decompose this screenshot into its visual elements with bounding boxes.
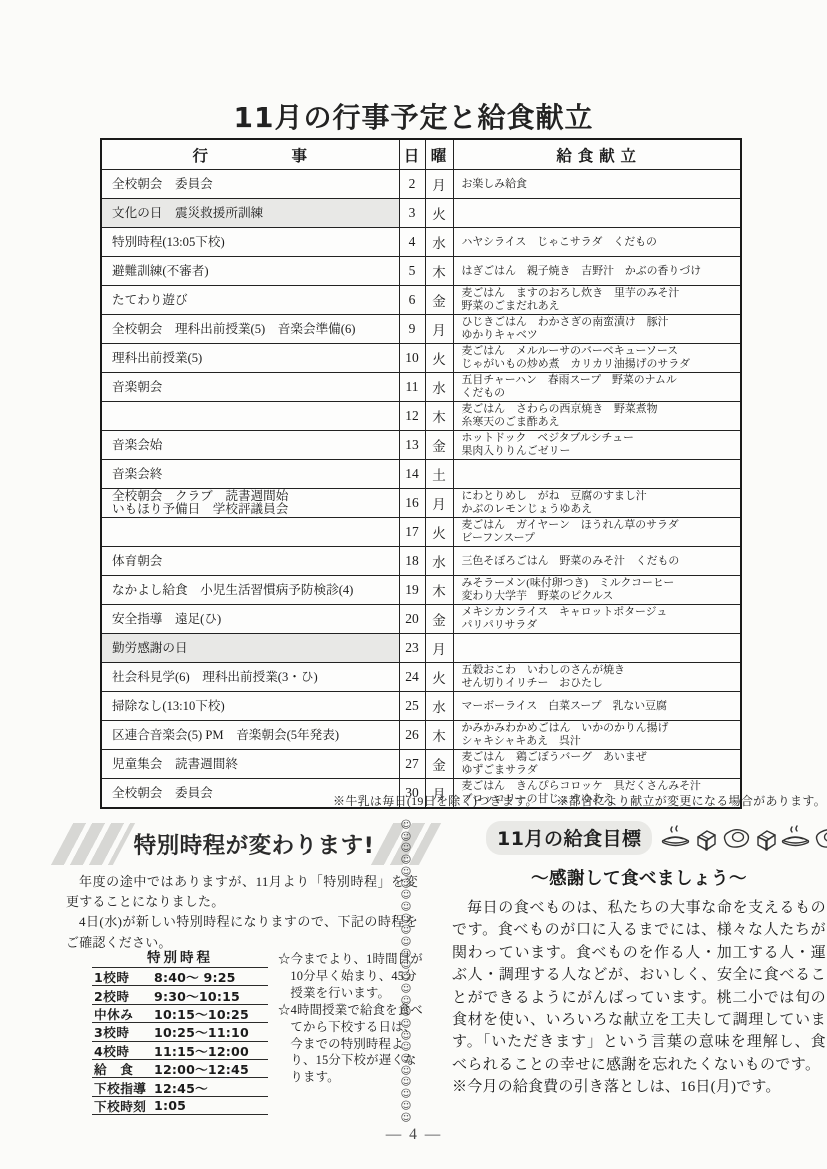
event-text: 社会科見学(6) 理科出前授業(3・ひ) (112, 663, 399, 691)
lunch-fee-note: ※今月の給食費の引き落としは、16日(月)です。 (452, 1076, 826, 1098)
day-cell: 19 (399, 576, 425, 605)
period-label: 下校指導 (92, 1078, 154, 1097)
event-text: 児童集会 読書週間終 (112, 750, 399, 778)
event-text: なかよし給食 小児生活習慣病予防検診(4) (112, 576, 399, 604)
period-label: 2校時 (92, 986, 154, 1005)
event-cell: 区連合音楽会(5) PM 音楽朝会(5年発表) (101, 721, 399, 750)
table-row: 音楽朝会11水五目チャーハン 春雨スープ 野菜のナムルくだもの (101, 373, 741, 402)
period-row: 3校時10:25～11:10 (92, 1023, 268, 1041)
weekday-cell: 水 (425, 692, 453, 721)
table-row: たてわり遊び6金麦ごはん ますのおろし炊き 里芋のみそ汁野菜のごまだれあえ (101, 286, 741, 315)
menu-cell: 五目チャーハン 春雨スープ 野菜のナムルくだもの (453, 373, 741, 402)
period-time: 11:15～12:00 (154, 1041, 268, 1060)
event-text: 安全指導 遠足(ひ) (112, 605, 399, 633)
event-text: 避難訓練(不審者) (112, 257, 399, 285)
day-cell: 17 (399, 518, 425, 547)
newsletter-page: 11月の行事予定と給食献立 行 事 日 曜 給 食 献 立 全校朝会 委員会2月… (0, 0, 827, 1169)
day-cell: 9 (399, 315, 425, 344)
event-text: たてわり遊び (112, 286, 399, 314)
day-cell: 6 (399, 286, 425, 315)
menu-cell: 三色そぼろごはん 野菜のみそ汁 くだもの (453, 547, 741, 576)
weekday-cell: 火 (425, 518, 453, 547)
event-cell: 社会科見学(6) 理科出前授業(3・ひ) (101, 663, 399, 692)
period-time: 8:40～ 9:25 (154, 967, 268, 986)
day-cell: 4 (399, 228, 425, 257)
header-menu: 給 食 献 立 (453, 139, 741, 170)
menu-cell: 麦ごはん ますのおろし炊き 里芋のみそ汁野菜のごまだれあえ (453, 286, 741, 315)
event-cell: 理科出前授業(5) (101, 344, 399, 373)
period-time: 10:15～10:25 (154, 1004, 268, 1023)
smiley-icon: ☺ (401, 902, 412, 914)
table-row: 全校朝会 クラブ 読書週間始いもほり予備日 学校評議員会16月にわとりめし がね… (101, 489, 741, 518)
table-row: 児童集会 読書週間終27金麦ごはん 鶏ごぼうバーグ あいまぜゆずごまサラダ (101, 750, 741, 779)
menu-text: 麦ごはん ますのおろし炊き 里芋のみそ汁 (462, 287, 741, 300)
smiley-icon: ☺ (401, 1101, 412, 1113)
event-cell: 勤労感謝の日 (101, 634, 399, 663)
day-cell: 24 (399, 663, 425, 692)
table-row: 特別時程(13:05下校)4水ハヤシライス じゃこサラダ くだもの (101, 228, 741, 257)
period-table-title: 特別時程 (92, 950, 268, 968)
table-row: 理科出前授業(5)10火麦ごはん メルルーサのバーベキューソースじゃがいもの炒め… (101, 344, 741, 373)
day-cell: 2 (399, 170, 425, 199)
event-cell: なかよし給食 小児生活習慣病予防検診(4) (101, 576, 399, 605)
menu-text: 五目チャーハン 春雨スープ 野菜のナムル (462, 374, 741, 387)
table-row: 全校朝会 委員会2月お楽しみ給食 (101, 170, 741, 199)
event-text: 音楽会始 (112, 431, 399, 459)
table-row: 全校朝会 理科出前授業(5) 音楽会準備(6)9月ひじきごはん わかさぎの南蛮漬… (101, 315, 741, 344)
menu-cell: お楽しみ給食 (453, 170, 741, 199)
menu-text: 麦ごはん ガイヤーン ほうれん草のサラダ (462, 519, 741, 532)
menu-cell (453, 460, 741, 489)
menu-text: みそラーメン(味付卵つき) ミルクコーヒー (462, 577, 741, 590)
menu-cell: 麦ごはん ガイヤーン ほうれん草のサラダビーフンスープ (453, 518, 741, 547)
period-label: 中休み (92, 1004, 154, 1023)
weekday-cell: 月 (425, 170, 453, 199)
day-cell: 23 (399, 634, 425, 663)
event-cell: 音楽会終 (101, 460, 399, 489)
menu-cell: ひじきごはん わかさぎの南蛮漬け 豚汁ゆかりキャベツ (453, 315, 741, 344)
lunch-goal-title: 11月の給食目標 (486, 821, 652, 855)
steaming-dish-icon (660, 825, 691, 852)
weekday-cell: 土 (425, 460, 453, 489)
menu-text: じゃがいもの炒め煮 カリカリ油揚げのサラダ (462, 358, 741, 371)
event-cell: 避難訓練(不審者) (101, 257, 399, 286)
stripe-decoration-left-icon (50, 823, 134, 865)
event-text: 掃除なし(13:10下校) (112, 692, 399, 720)
weekday-cell: 月 (425, 315, 453, 344)
weekday-cell: 月 (425, 634, 453, 663)
menu-text: 果肉入りりんごゼリー (462, 445, 741, 458)
menu-text: 麦ごはん メルルーサのバーベキューソース (462, 345, 741, 358)
event-cell: 文化の日 震災救援所訓練 (101, 199, 399, 228)
weekday-cell: 水 (425, 547, 453, 576)
lunch-goal-panel: 11月の給食目標 ～感謝して食べましょう～ 毎日の食べものは、私たちの大事な命を… (452, 820, 826, 1099)
menu-text: ホットドック ベジタブルシチュー (462, 432, 741, 445)
event-text: 体育朝会 (112, 547, 399, 575)
day-cell: 10 (399, 344, 425, 373)
period-row: 1校時8:40～ 9:25 (92, 968, 268, 986)
table-row: 社会科見学(6) 理科出前授業(3・ひ)24火五穀おこわ いわしのさんが焼きせん… (101, 663, 741, 692)
table-row: 12木麦ごはん さわらの西京焼き 野菜煮物糸寒天のごま酢あえ (101, 402, 741, 431)
period-time: 1:05 (154, 1098, 268, 1113)
smiley-icon: ☺ (401, 1019, 412, 1031)
menu-text: かぶのレモンじょうゆあえ (462, 503, 741, 516)
special-schedule-banner: 特別時程が変わります! (74, 820, 418, 868)
event-cell: 掃除なし(13:10下校) (101, 692, 399, 721)
day-cell: 5 (399, 257, 425, 286)
header-weekday: 曜 (425, 139, 453, 170)
weekday-cell: 木 (425, 402, 453, 431)
table-row: 安全指導 遠足(ひ)20金メキシカンライス キャロットポタージュパリパリサラダ (101, 605, 741, 634)
menu-cell: 麦ごはん メルルーサのバーベキューソースじゃがいもの炒め煮 カリカリ油揚げのサラ… (453, 344, 741, 373)
weekday-cell: 水 (425, 228, 453, 257)
weekday-cell: 金 (425, 286, 453, 315)
period-time: 10:25～11:10 (154, 1022, 268, 1041)
weekday-cell: 月 (425, 489, 453, 518)
weekday-cell: 火 (425, 199, 453, 228)
period-label: 下校時刻 (92, 1096, 154, 1115)
menu-cell: にわとりめし がね 豆腐のすまし汁かぶのレモンじょうゆあえ (453, 489, 741, 518)
smiley-icon: ☺ (401, 820, 412, 832)
paragraph: 年度の途中ではありますが、11月より「特別時程」を変更することになりました。 (66, 872, 418, 912)
menu-text: ゆかりキャベツ (462, 329, 741, 342)
menu-text: 糸寒天のごま酢あえ (462, 416, 741, 429)
menu-text: 三色そぼろごはん 野菜のみそ汁 くだもの (462, 547, 741, 575)
smiley-icon: ☺ (401, 1054, 412, 1066)
menu-text: お楽しみ給食 (462, 170, 741, 198)
day-cell: 27 (399, 750, 425, 779)
menu-cell: みそラーメン(味付卵つき) ミルクコーヒー変わり大学芋 野菜のピクルス (453, 576, 741, 605)
day-cell: 3 (399, 199, 425, 228)
table-row: 音楽会始13金ホットドック ベジタブルシチュー果肉入りりんごゼリー (101, 431, 741, 460)
event-text: 勤労感謝の日 (112, 634, 399, 662)
event-text: 特別時程(13:05下校) (112, 228, 399, 256)
period-row: 下校指導12:45～ (92, 1078, 268, 1096)
steaming-dish-icon (780, 825, 811, 852)
menu-text: 五穀おこわ いわしのさんが焼き (462, 664, 741, 677)
event-cell (101, 402, 399, 431)
day-cell: 20 (399, 605, 425, 634)
menu-text: せん切りイリチー おひたし (462, 677, 741, 690)
menu-text: ハヤシライス じゃこサラダ くだもの (462, 228, 741, 256)
menu-text: にわとりめし がね 豆腐のすまし汁 (462, 490, 741, 503)
milk-carton-icon (752, 825, 779, 852)
menu-text: くだもの (462, 387, 741, 400)
period-label: 1校時 (92, 967, 154, 986)
menu-text: パリパリサラダ (462, 619, 741, 632)
period-time: 12:45～ (154, 1078, 268, 1097)
smiley-icon: ☺ (401, 1113, 412, 1125)
menu-cell: 麦ごはん さわらの西京焼き 野菜煮物糸寒天のごま酢あえ (453, 402, 741, 431)
menu-cell: ハヤシライス じゃこサラダ くだもの (453, 228, 741, 257)
event-cell: 体育朝会 (101, 547, 399, 576)
day-cell: 26 (399, 721, 425, 750)
event-cell: 全校朝会 委員会 (101, 170, 399, 199)
period-row: 4校時11:15～12:00 (92, 1042, 268, 1060)
event-cell: 児童集会 読書週間終 (101, 750, 399, 779)
period-label: 給 食 (92, 1059, 154, 1078)
fried-egg-icon (812, 826, 827, 851)
lunch-goal-header: 11月の給食目標 (486, 820, 826, 856)
menu-text: はぎごはん 親子焼き 吉野汁 かぶの香りづけ (462, 257, 741, 285)
day-cell: 13 (399, 431, 425, 460)
period-row: 給 食12:00～12:45 (92, 1060, 268, 1078)
event-text: いもほり予備日 学校評議員会 (112, 503, 399, 516)
period-label: 4校時 (92, 1041, 154, 1060)
weekday-cell: 火 (425, 663, 453, 692)
event-text: 音楽会終 (112, 460, 399, 488)
event-cell: 全校朝会 クラブ 読書週間始いもほり予備日 学校評議員会 (101, 489, 399, 518)
period-time: 9:30～10:15 (154, 986, 268, 1005)
event-text: 理科出前授業(5) (112, 344, 399, 372)
smiley-icon: ☺ (401, 984, 412, 996)
event-cell (101, 518, 399, 547)
menu-cell: 五穀おこわ いわしのさんが焼きせん切りイリチー おひたし (453, 663, 741, 692)
page-title: 11月の行事予定と給食献立 (0, 96, 827, 136)
day-cell: 11 (399, 373, 425, 402)
menu-text: 野菜のごまだれあえ (462, 300, 741, 313)
weekday-cell: 木 (425, 721, 453, 750)
lunch-goal-body: 毎日の食べものは、私たちの大事な命を支えるものです。食べものが口に入るまでには、… (452, 897, 826, 1076)
fried-egg-icon (720, 826, 751, 851)
event-text: 文化の日 震災救援所訓練 (112, 199, 399, 227)
smiley-divider: ☺☺☺☺☺☺☺☺☺☺☺☺☺☺☺☺☺☺☺☺☺☺☺☺☺☺ (398, 820, 414, 1120)
weekday-cell: 金 (425, 431, 453, 460)
period-row: 下校時刻1:05 (92, 1097, 268, 1115)
menu-cell (453, 199, 741, 228)
weekday-cell: 金 (425, 605, 453, 634)
event-cell: たてわり遊び (101, 286, 399, 315)
menu-cell: メキシカンライス キャロットポタージュパリパリサラダ (453, 605, 741, 634)
weekday-cell: 火 (425, 344, 453, 373)
menu-text: 変わり大学芋 野菜のピクルス (462, 590, 741, 603)
menu-text: マーボーライス 白菜スープ 乳ない豆腐 (462, 692, 741, 720)
weekday-cell: 金 (425, 750, 453, 779)
header-day: 日 (399, 139, 425, 170)
day-cell: 18 (399, 547, 425, 576)
event-cell: 音楽会始 (101, 431, 399, 460)
special-schedule-title: 特別時程が変わります! (134, 828, 375, 860)
menu-text: 麦ごはん さわらの西京焼き 野菜煮物 (462, 403, 741, 416)
smiley-icon: ☺ (401, 867, 412, 879)
menu-cell (453, 634, 741, 663)
table-row: 掃除なし(13:10下校)25水マーボーライス 白菜スープ 乳ない豆腐 (101, 692, 741, 721)
milk-carton-icon (692, 825, 719, 852)
events-menu-table: 行 事 日 曜 給 食 献 立 全校朝会 委員会2月お楽しみ給食文化の日 震災救… (100, 138, 742, 809)
table-row: なかよし給食 小児生活習慣病予防検診(4)19木みそラーメン(味付卵つき) ミル… (101, 576, 741, 605)
day-cell: 12 (399, 402, 425, 431)
lunch-goal-subtitle: ～感謝して食べましょう～ (452, 865, 826, 890)
period-label: 3校時 (92, 1022, 154, 1041)
menu-text: 麦ごはん 鶏ごぼうバーグ あいまぜ (462, 751, 741, 764)
menu-text: シャキシャキあえ 呉汁 (462, 735, 741, 748)
weekday-cell: 木 (425, 257, 453, 286)
table-row: 勤労感謝の日23月 (101, 634, 741, 663)
event-cell: 安全指導 遠足(ひ) (101, 605, 399, 634)
event-text: 区連合音楽会(5) PM 音楽朝会(5年発表) (112, 721, 399, 749)
page-number: — 4 — (334, 1126, 494, 1144)
event-cell: 全校朝会 理科出前授業(5) 音楽会準備(6) (101, 315, 399, 344)
table-row: 区連合音楽会(5) PM 音楽朝会(5年発表)26木かみかみわかめごはん いかの… (101, 721, 741, 750)
menu-cell: かみかみわかめごはん いかのかりん揚げシャキシャキあえ 呉汁 (453, 721, 741, 750)
event-cell: 音楽朝会 (101, 373, 399, 402)
menu-text: ビーフンスープ (462, 532, 741, 545)
menu-cell: 麦ごはん 鶏ごぼうバーグ あいまぜゆずごまサラダ (453, 750, 741, 779)
weekday-cell: 木 (425, 576, 453, 605)
table-header-row: 行 事 日 曜 給 食 献 立 (101, 139, 741, 170)
menu-cell: マーボーライス 白菜スープ 乳ない豆腐 (453, 692, 741, 721)
menu-cell: はぎごはん 親子焼き 吉野汁 かぶの香りづけ (453, 257, 741, 286)
menu-text: メキシカンライス キャロットポタージュ (462, 606, 741, 619)
event-text: 全校朝会 クラブ 読書週間始 (112, 490, 399, 503)
milk-note: ※牛乳は毎日(19日を除く)つきます。 ※都合により献立が変更になる場合がありま… (100, 792, 826, 809)
day-cell: 25 (399, 692, 425, 721)
table-row: 17火麦ごはん ガイヤーン ほうれん草のサラダビーフンスープ (101, 518, 741, 547)
special-schedule-paragraphs: 年度の途中ではありますが、11月より「特別時程」を変更することになりました。 4… (66, 872, 418, 953)
food-icons-row (660, 825, 827, 852)
menu-text: ひじきごはん わかさぎの南蛮漬け 豚汁 (462, 316, 741, 329)
period-time: 12:00～12:45 (154, 1059, 268, 1078)
weekday-cell: 水 (425, 373, 453, 402)
event-text: 全校朝会 委員会 (112, 170, 399, 198)
event-text: 音楽朝会 (112, 373, 399, 401)
period-row: 2校時9:30～10:15 (92, 986, 268, 1004)
smiley-icon: ☺ (401, 937, 412, 949)
event-text: 全校朝会 理科出前授業(5) 音楽会準備(6) (112, 315, 399, 343)
period-times-table: 特別時程 1校時8:40～ 9:252校時9:30～10:15中休み10:15～… (92, 950, 268, 1115)
day-cell: 16 (399, 489, 425, 518)
table-row: 体育朝会18水三色そぼろごはん 野菜のみそ汁 くだもの (101, 547, 741, 576)
table-row: 避難訓練(不審者)5木はぎごはん 親子焼き 吉野汁 かぶの香りづけ (101, 257, 741, 286)
menu-cell: ホットドック ベジタブルシチュー果肉入りりんごゼリー (453, 431, 741, 460)
menu-text: かみかみわかめごはん いかのかりん揚げ (462, 722, 741, 735)
day-cell: 14 (399, 460, 425, 489)
menu-text: ゆずごまサラダ (462, 764, 741, 777)
event-cell: 特別時程(13:05下校) (101, 228, 399, 257)
paragraph: 4日(水)が新しい特別時程になりますので、下記の時程をご確認ください。 (66, 912, 418, 952)
table-row: 音楽会終14土 (101, 460, 741, 489)
header-event: 行 事 (101, 139, 399, 170)
period-row: 中休み10:15～10:25 (92, 1005, 268, 1023)
table-row: 文化の日 震災救援所訓練3火 (101, 199, 741, 228)
